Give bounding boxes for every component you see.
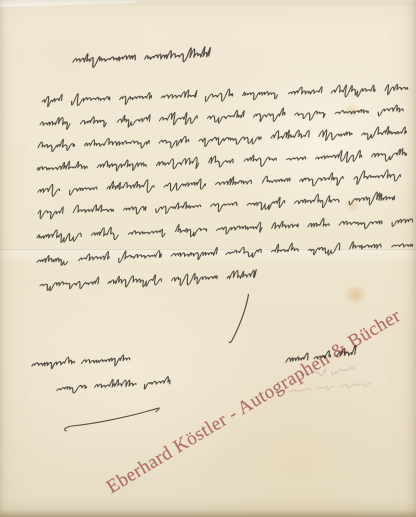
script-line-body-4 — [37, 149, 408, 171]
letter-scan: Eberhard Köstler - Autographen & Bücher — [0, 0, 416, 517]
script-line-dateline-date — [56, 377, 172, 393]
script-line-body-3 — [37, 126, 408, 151]
script-line-body-9 — [39, 270, 257, 291]
script-line-body-8 — [36, 242, 414, 265]
script-line-body-2 — [39, 105, 405, 129]
script-line-salutation — [72, 47, 212, 67]
script-line-body-6 — [37, 192, 397, 219]
scan-edge-bottom — [0, 510, 416, 517]
script-line-body-5 — [37, 170, 403, 196]
ink-stroke-date-flourish — [65, 408, 160, 431]
script-line-body-7 — [36, 218, 414, 242]
ink-stroke-signature-paraph — [229, 295, 248, 343]
script-line-dateline-place — [31, 355, 131, 369]
script-line-body-1 — [41, 84, 409, 106]
